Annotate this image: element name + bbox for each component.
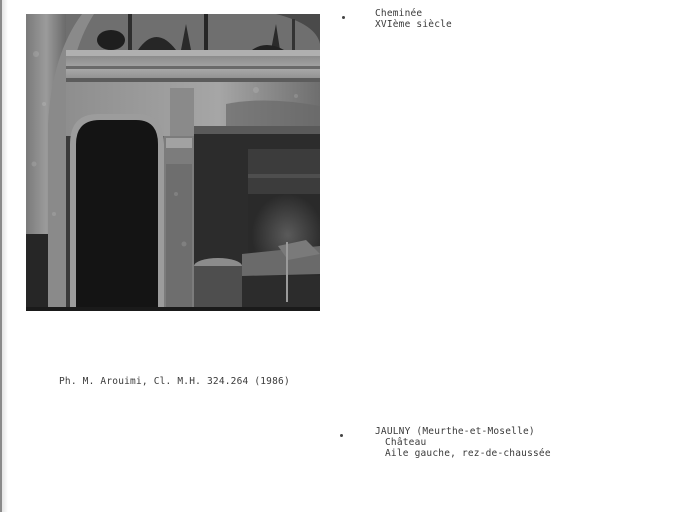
location-commune: JAULNY (Meurthe-et-Moselle) xyxy=(375,426,535,437)
fireplace-photograph xyxy=(26,14,320,311)
photo-subject-title: Cheminée xyxy=(375,8,422,19)
bullet-marker-location xyxy=(340,434,343,437)
page-edge-shadow xyxy=(2,0,8,512)
photo-credit: Ph. M. Arouimi, Cl. M.H. 324.264 (1986) xyxy=(59,376,290,387)
photo-subject-period: XVIème siècle xyxy=(375,19,452,30)
location-detail: Aile gauche, rez-de-chaussée xyxy=(385,448,551,459)
location-building: Château xyxy=(385,437,426,448)
bullet-marker-title xyxy=(342,16,345,19)
